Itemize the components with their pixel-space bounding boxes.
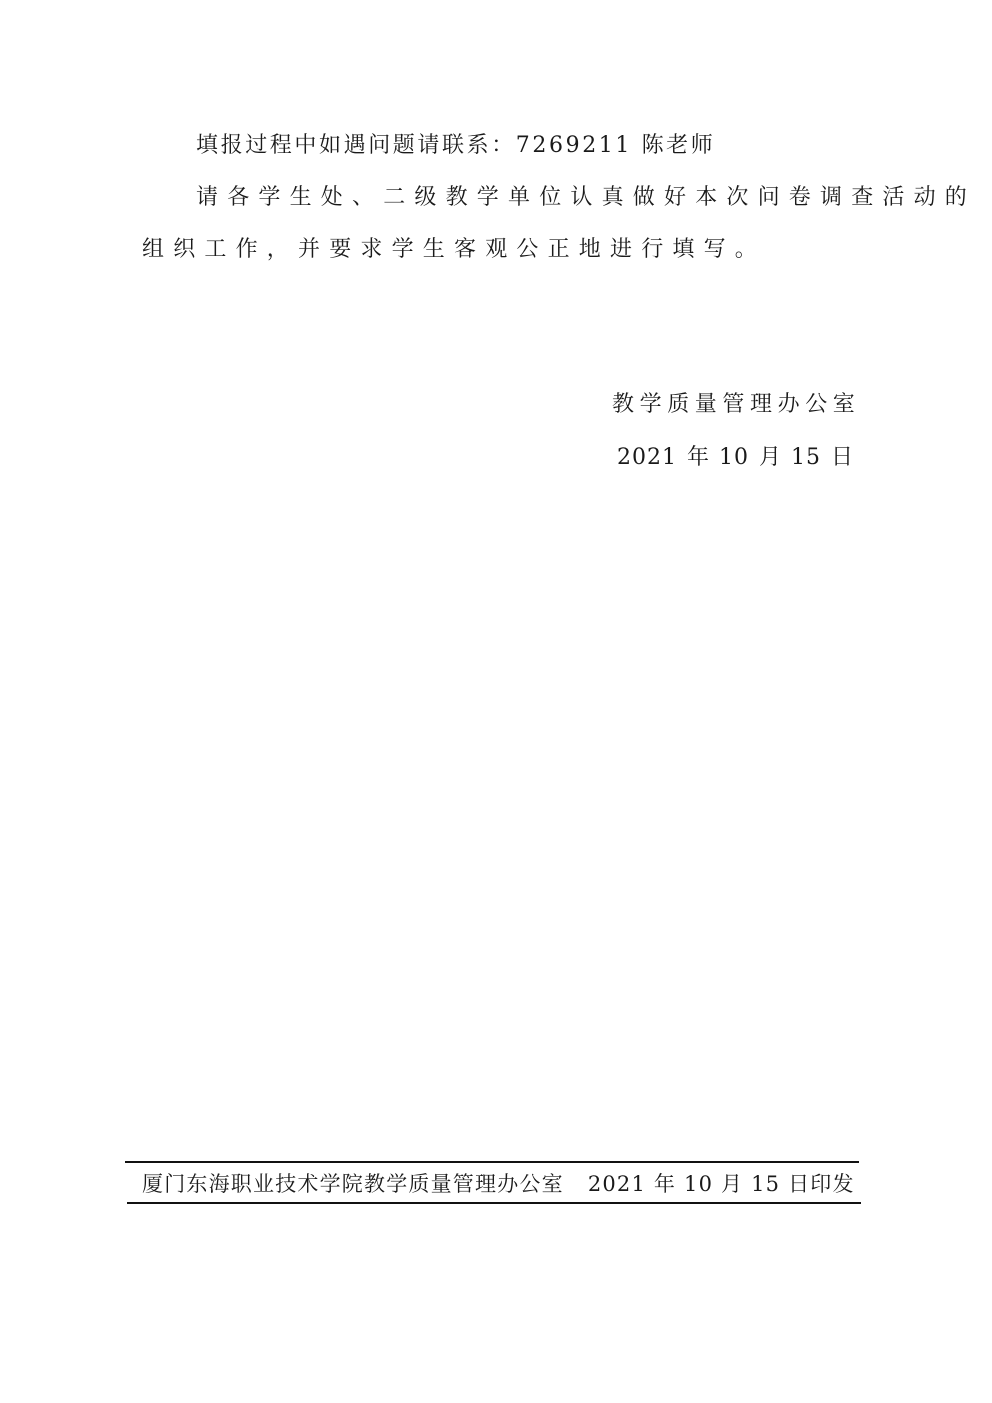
signature-year: 2021 — [617, 445, 677, 470]
signature-date: 2021年10月15日 — [617, 443, 853, 473]
footer-issue-line: 厦门东海职业技术学院教学质量管理办公室2021 年 10 月 15 日印发 — [142, 1170, 855, 1198]
instruction-paragraph-line-2: 组织工作，并要求学生客观公正地进行填写。 — [142, 235, 766, 265]
signature-month-unit: 月 — [759, 445, 781, 470]
signature-month: 10 — [719, 445, 749, 470]
footer-bottom-rule — [127, 1202, 861, 1204]
footer-issuer: 厦门东海职业技术学院教学质量管理办公室 — [142, 1172, 564, 1196]
footer-top-rule — [125, 1161, 859, 1163]
signature-year-unit: 年 — [687, 445, 709, 470]
signature-office: 教学质量管理办公室 — [612, 390, 860, 420]
contact-info-line: 填报过程中如遇问题请联系：7269211 陈老师 — [196, 131, 715, 161]
instruction-paragraph-line-1: 请各学生处、二级教学单位认真做好本次问卷调查活动的 — [196, 183, 976, 213]
footer-issue-date: 2021 年 10 月 15 日印发 — [588, 1172, 855, 1196]
signature-day-unit: 日 — [831, 445, 853, 470]
signature-day: 15 — [791, 445, 821, 470]
